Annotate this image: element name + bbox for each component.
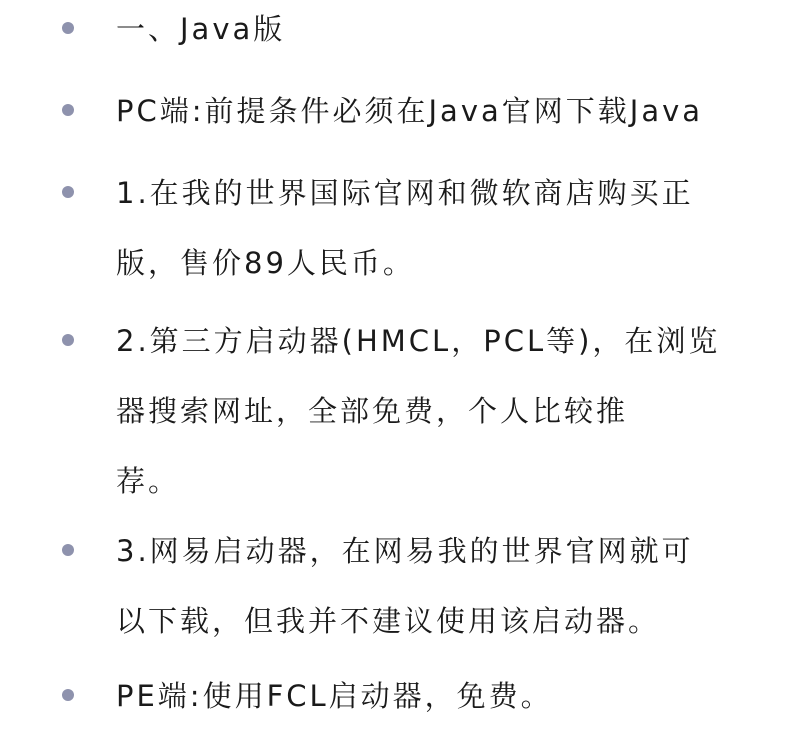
line: 版，售价89人民币。 xyxy=(116,228,756,298)
list-item-text: 3.网易启动器，在网易我的世界官网就可 以下载，但我并不建议使用该启动器。 xyxy=(116,516,756,656)
bullet-icon xyxy=(62,22,74,34)
line: PE端:使用FCL启动器，免费。 xyxy=(116,679,553,713)
list-item-text: 一、Java版 xyxy=(116,0,756,64)
line: 一、Java版 xyxy=(116,12,285,46)
list-item-text: PE端:使用FCL启动器，免费。 xyxy=(116,661,756,731)
bullet-icon xyxy=(62,104,74,116)
list-item-text: PC端:前提条件必须在Java官网下载Java xyxy=(116,76,756,146)
bullet-icon xyxy=(62,689,74,701)
list-item-text: 2.第三方启动器(HMCL，PCL等)，在浏览 器搜索网址，全部免费，个人比较推… xyxy=(116,306,756,516)
bullet-icon xyxy=(62,334,74,346)
line: PC端:前提条件必须在Java官网下载Java xyxy=(116,94,703,128)
line: 以下载，但我并不建议使用该启动器。 xyxy=(116,586,756,656)
bullet-icon xyxy=(62,544,74,556)
line: 器搜索网址，全部免费，个人比较推 xyxy=(116,376,756,446)
bullet-icon xyxy=(62,186,74,198)
line: 荐。 xyxy=(116,446,756,516)
list-item-text: 1.在我的世界国际官网和微软商店购买正 版，售价89人民币。 xyxy=(116,158,756,298)
line: 2.第三方启动器(HMCL，PCL等)，在浏览 xyxy=(116,306,756,376)
line: 3.网易启动器，在网易我的世界官网就可 xyxy=(116,516,756,586)
line: 1.在我的世界国际官网和微软商店购买正 xyxy=(116,158,756,228)
